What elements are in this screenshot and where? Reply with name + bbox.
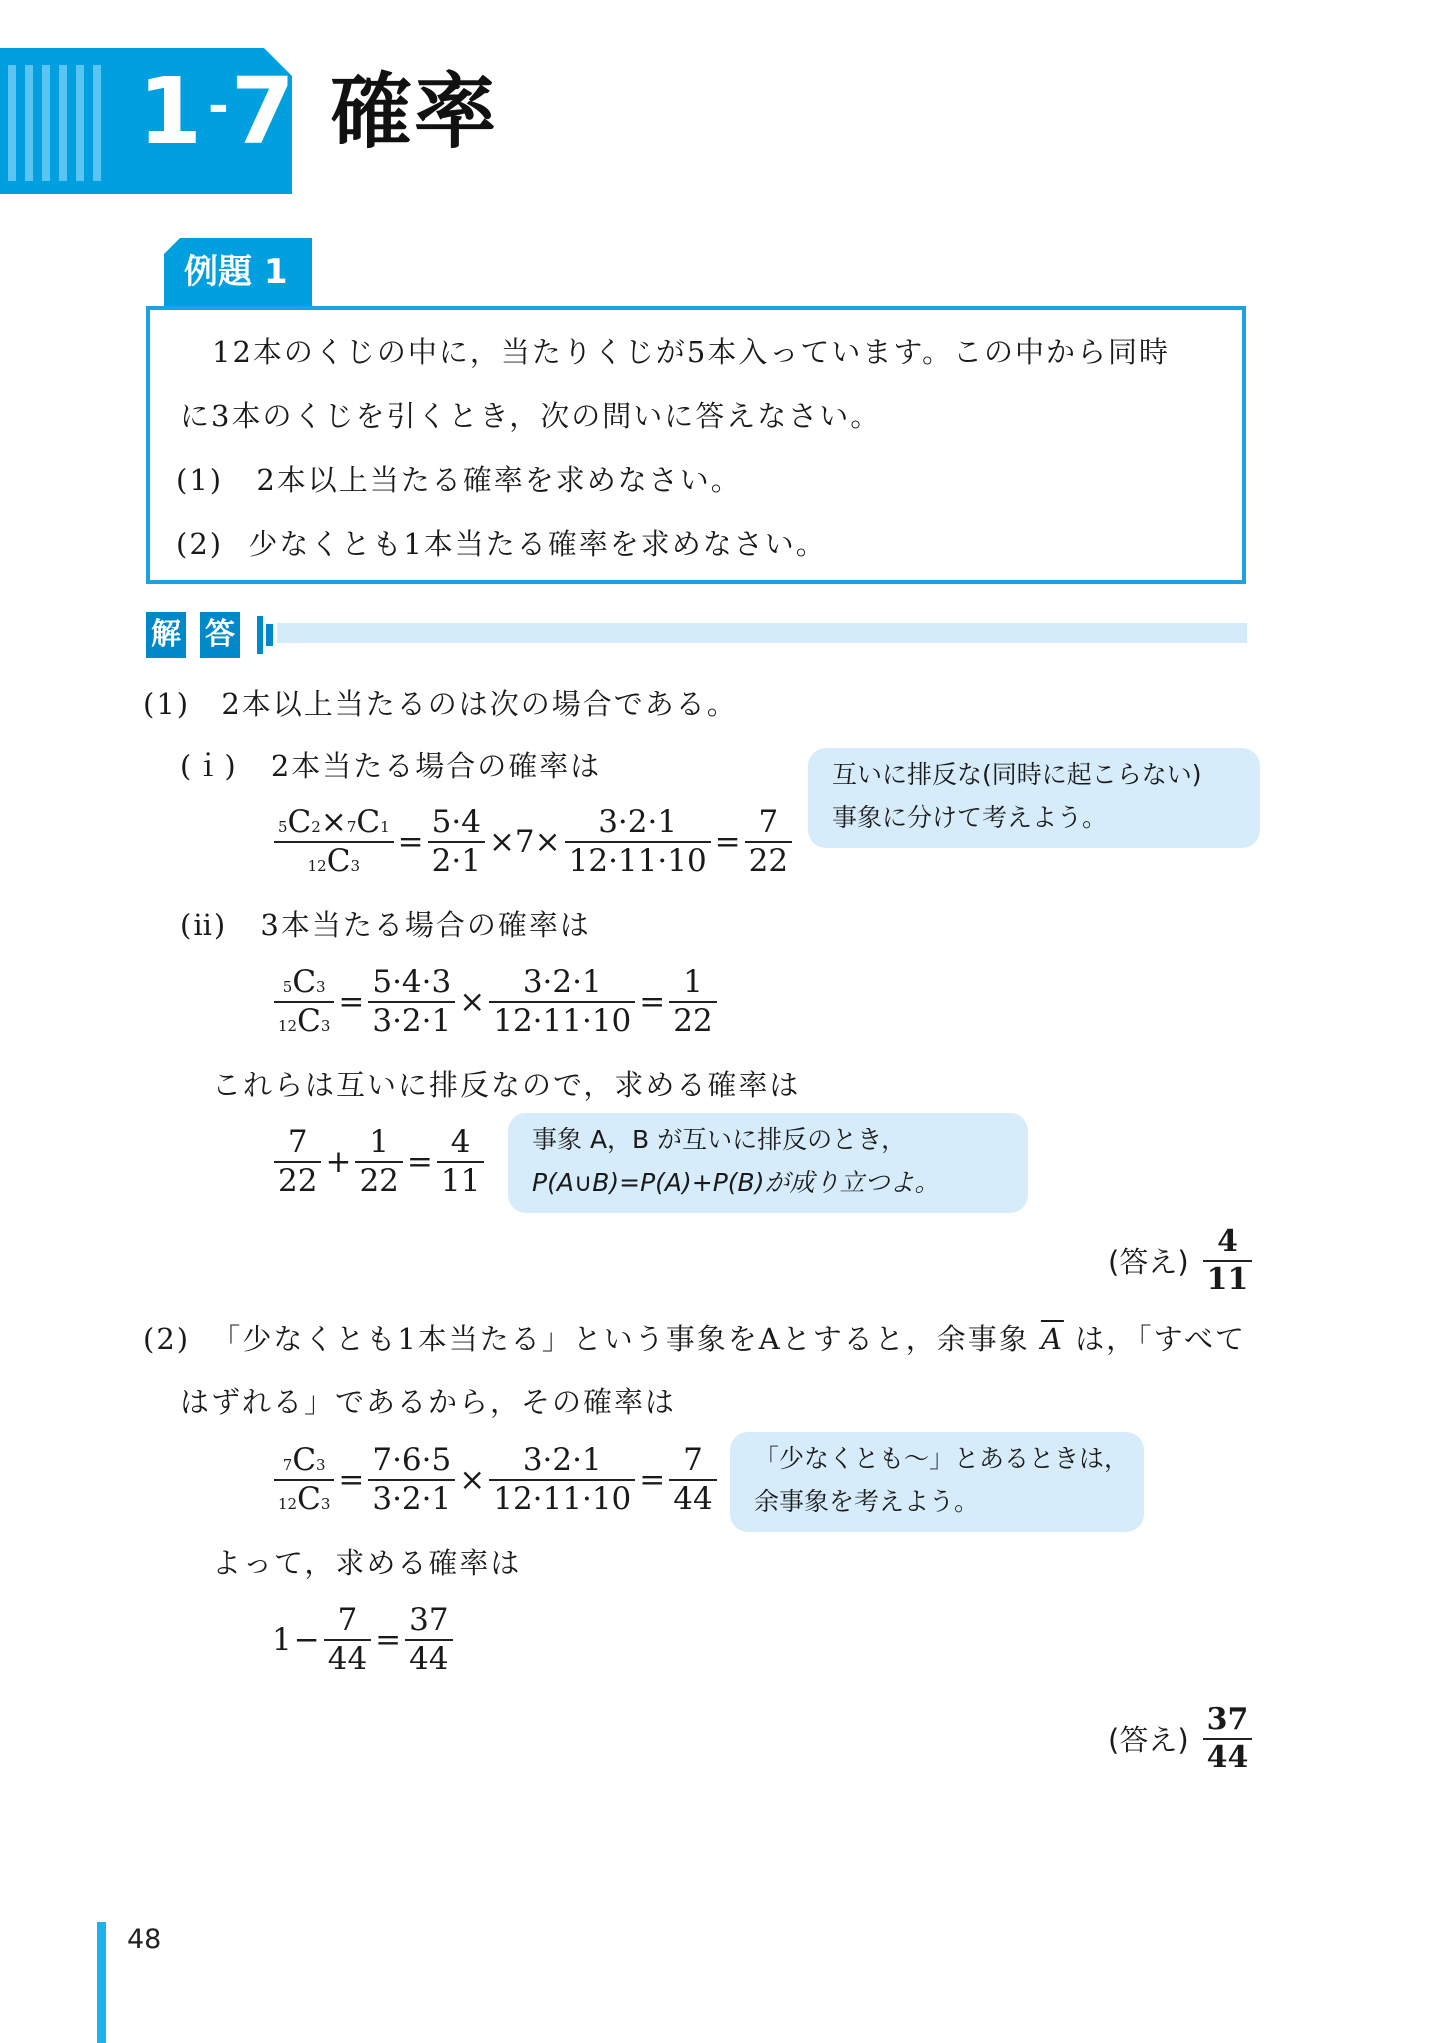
one: 1 <box>272 1622 292 1658</box>
case-text: 3本当たる場合の確率は <box>260 908 590 942</box>
minus-sign: − <box>292 1622 322 1658</box>
conclude-text: よって，求める確率は <box>212 1549 521 1578</box>
fraction: 5C3 12C3 <box>274 966 334 1037</box>
result-fraction: 744 <box>669 1444 716 1515</box>
hint-line: P(A∪B)=P(A)+P(B)が成り立つよ。 <box>532 1162 1004 1205</box>
answer-fraction: 411 <box>1203 1226 1253 1295</box>
case-label: (ｉ) <box>180 749 238 783</box>
answer-fraction: 3744 <box>1203 1704 1253 1773</box>
page-title: 確率 <box>330 72 498 154</box>
section-major: 1 <box>138 58 200 165</box>
equals-sign: = <box>405 1144 435 1180</box>
fraction: 5·4·33·2·1 <box>368 966 455 1037</box>
operator: ×7× <box>487 824 563 860</box>
complement-symbol: A <box>1041 1322 1064 1356</box>
example-question-2: (2) 少なくとも1本当たる確率を求めなさい。 <box>176 530 827 559</box>
answer-tile-2: 答 <box>200 612 240 658</box>
example-text-line-1: 12本のくじの中に，当たりくじが5本入っています。この中から同時 <box>212 338 1170 367</box>
part2-line-1: (2) 「少なくとも1本当たる」という事象をAとすると，余事象 A は，「すべて <box>143 1325 1246 1354</box>
question-text: 少なくとも1本当たる確率を求めなさい。 <box>248 527 826 561</box>
fraction: 5C2×7C1 12C3 <box>274 806 394 877</box>
hint-line: 互いに排反な(同時に起こらない) <box>832 754 1236 797</box>
times-sign: × <box>457 984 487 1020</box>
answer-label: (答え) <box>1108 1240 1189 1281</box>
fraction: 5·42·1 <box>428 806 485 877</box>
final-equation: 1 − 744 = 3744 <box>272 1604 455 1675</box>
hint-bubble-union: 事象 A，B が互いに排反のとき， P(A∪B)=P(A)+P(B)が成り立つよ… <box>508 1113 1028 1213</box>
section-minor: 7 <box>231 58 293 165</box>
case-i-equation: 5C2×7C1 12C3 = 5·42·1 ×7× 3·2·112·11·10 … <box>272 806 794 877</box>
fraction: 122 <box>355 1126 402 1197</box>
header-stripe <box>93 65 101 181</box>
fraction: 7C3 12C3 <box>274 1444 334 1515</box>
result-fraction: 722 <box>745 806 792 877</box>
part-number: (2) <box>143 1322 190 1356</box>
case-i-heading: (ｉ) 2本当たる場合の確率は <box>180 752 601 781</box>
part-number: (1) <box>143 687 190 721</box>
case-text: 2本当たる場合の確率は <box>271 749 601 783</box>
header-stripe <box>59 65 67 181</box>
combine-text: これらは互いに排反なので，求める確率は <box>212 1071 800 1100</box>
case-label: (ⅱ) <box>180 908 227 942</box>
result-fraction: 122 <box>669 966 716 1037</box>
part1-intro: (1) 2本以上当たるのは次の場合である。 <box>143 690 738 719</box>
times-sign: × <box>457 1462 487 1498</box>
equals-sign: = <box>373 1622 403 1658</box>
fraction: 744 <box>324 1604 371 1675</box>
equals-sign: = <box>713 824 743 860</box>
answer-bar <box>266 624 273 646</box>
example-text-line-2: に3本のくじを引くとき，次の問いに答えなさい。 <box>180 402 881 431</box>
question-text: 2本以上当たる確率を求めなさい。 <box>256 463 741 497</box>
equals-sign: = <box>336 1462 366 1498</box>
equals-sign: = <box>637 1462 667 1498</box>
section-dash: - <box>208 77 227 135</box>
answer-rule <box>277 623 1247 643</box>
answer-1-final: (答え) 411 <box>1108 1226 1254 1295</box>
result-fraction: 411 <box>437 1126 484 1197</box>
fraction: 3·2·112·11·10 <box>565 806 711 877</box>
equals-sign: = <box>637 984 667 1020</box>
hint-line: 事象に分けて考えよう。 <box>832 797 1236 840</box>
fraction: 3·2·112·11·10 <box>489 966 635 1037</box>
answer-2-final: (答え) 3744 <box>1108 1704 1254 1773</box>
header-stripe <box>42 65 50 181</box>
page-number: 48 <box>127 1924 161 1955</box>
section-number: 1-7 <box>138 66 293 158</box>
hint-line: 「少なくとも～」とあるときは， <box>754 1438 1120 1481</box>
header-stripe <box>8 65 16 181</box>
sum-equation: 722 + 122 = 411 <box>272 1126 486 1197</box>
part-text: 2本以上当たるのは次の場合である。 <box>221 687 737 721</box>
fraction: 7·6·53·2·1 <box>368 1444 455 1515</box>
hint-line: 事象 A，B が互いに排反のとき， <box>532 1119 1004 1162</box>
example-question-1: (1) 2本以上当たる確率を求めなさい。 <box>176 466 742 495</box>
page-bar <box>97 1922 106 2043</box>
case-ii-equation: 5C3 12C3 = 5·4·33·2·1 × 3·2·112·11·10 = … <box>272 966 719 1037</box>
answer-label: (答え) <box>1108 1718 1189 1759</box>
equals-sign: = <box>396 824 426 860</box>
plus-sign: + <box>323 1144 353 1180</box>
part-text: 「少なくとも1本当たる」という事象をAとすると，余事象 <box>211 1322 1029 1356</box>
hint-bubble-complement: 「少なくとも～」とあるときは， 余事象を考えよう。 <box>730 1432 1144 1532</box>
answer-tile-1: 解 <box>146 612 186 658</box>
part2-line-2: はずれる」であるから，その確率は <box>180 1388 676 1417</box>
part-text: は，「すべて <box>1075 1322 1246 1356</box>
equals-sign: = <box>336 984 366 1020</box>
fraction: 3·2·112·11·10 <box>489 1444 635 1515</box>
hint-line: 余事象を考えよう。 <box>754 1481 1120 1524</box>
case-ii-heading: (ⅱ) 3本当たる場合の確率は <box>180 911 591 940</box>
answer-bar <box>257 616 263 654</box>
result-fraction: 3744 <box>405 1604 452 1675</box>
header-stripe <box>76 65 84 181</box>
complement-equation: 7C3 12C3 = 7·6·53·2·1 × 3·2·112·11·10 = … <box>272 1444 719 1515</box>
hint-bubble-exclusive: 互いに排反な(同時に起こらない) 事象に分けて考えよう。 <box>808 748 1260 848</box>
question-number: (1) <box>176 463 223 497</box>
fraction: 722 <box>274 1126 321 1197</box>
example-tab-label: 例題 1 <box>184 250 288 294</box>
question-number: (2) <box>176 527 223 561</box>
header-stripe <box>25 65 33 181</box>
